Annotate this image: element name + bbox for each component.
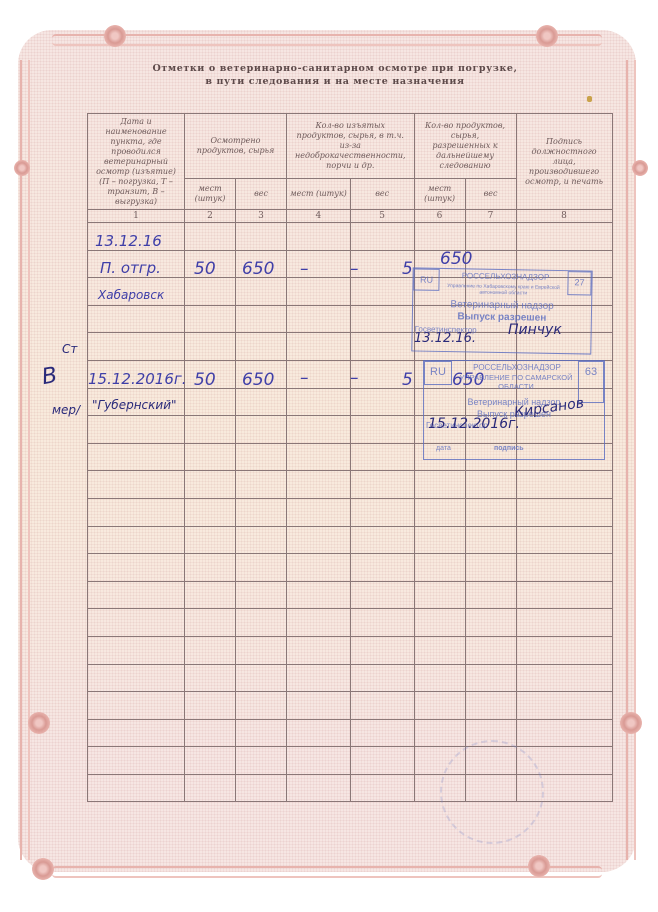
table-row	[88, 664, 613, 692]
entry-2-seized-weight: –	[350, 368, 359, 388]
table-cell	[287, 581, 351, 609]
entry-2-allowed-places: 5	[402, 370, 413, 390]
table-cell	[236, 581, 287, 609]
subheader-weight: вес	[236, 179, 287, 210]
table-cell	[236, 719, 287, 747]
table-cell	[350, 305, 414, 333]
stamp-country-code: RU	[413, 268, 439, 290]
table-cell	[88, 719, 185, 747]
table-cell	[236, 747, 287, 775]
table-cell	[185, 719, 236, 747]
header-allowed: Кол-во продуктов, сырья, разрешенных к д…	[414, 114, 516, 179]
entry-2-point: "Губернский"	[92, 398, 177, 412]
faint-round-stamp	[440, 740, 544, 844]
rosette-icon	[104, 25, 126, 47]
stamp-agency: РОССЕЛЬХОЗНАДЗОР	[454, 363, 580, 372]
table-cell	[516, 498, 612, 526]
column-number: 4	[287, 210, 351, 223]
table-cell	[350, 526, 414, 554]
table-cell	[350, 581, 414, 609]
table-cell	[287, 609, 351, 637]
table-cell	[414, 664, 465, 692]
table-row	[88, 471, 613, 499]
column-number: 8	[516, 210, 612, 223]
table-cell	[287, 416, 351, 444]
column-number: 6	[414, 210, 465, 223]
subheader-places: мест (штук)	[287, 179, 351, 210]
table-cell	[516, 719, 612, 747]
entry-1-allowed-places: 5	[402, 259, 413, 279]
table-row	[88, 581, 613, 609]
table-cell	[287, 498, 351, 526]
column-number: 3	[236, 210, 287, 223]
table-cell	[350, 719, 414, 747]
table-cell	[414, 223, 465, 251]
ornamental-border-top	[52, 34, 602, 46]
table-cell	[350, 664, 414, 692]
table-cell	[465, 223, 516, 251]
table-cell	[516, 636, 612, 664]
entry-1-inspected-places: 50	[194, 259, 216, 279]
stamp-1-date: 13.12.16.	[414, 331, 476, 346]
column-number: 7	[465, 210, 516, 223]
ornamental-border-right	[626, 60, 636, 860]
table-cell	[236, 305, 287, 333]
table-cell	[185, 747, 236, 775]
table-cell	[236, 636, 287, 664]
table-cell	[88, 333, 185, 361]
title-line-1: Отметки о ветеринарно-санитарном осмотре…	[100, 62, 570, 75]
entry-1-point: П. отгр.	[100, 259, 161, 277]
table-cell	[88, 581, 185, 609]
table-cell	[350, 498, 414, 526]
table-cell	[236, 333, 287, 361]
table-row	[88, 719, 613, 747]
table-cell	[287, 250, 351, 278]
table-cell	[516, 223, 612, 251]
rosette-icon	[536, 25, 558, 47]
entry-1-seized-weight: –	[350, 259, 359, 279]
entry-2-inspected-weight: 650	[242, 370, 274, 390]
column-number: 5	[350, 210, 414, 223]
table-cell	[185, 305, 236, 333]
table-cell	[185, 223, 236, 251]
table-cell	[236, 526, 287, 554]
table-cell	[516, 554, 612, 582]
table-cell	[185, 581, 236, 609]
table-cell	[287, 333, 351, 361]
table-cell	[414, 609, 465, 637]
table-cell	[287, 636, 351, 664]
table-cell	[287, 471, 351, 499]
table-cell	[185, 278, 236, 306]
table-row	[88, 636, 613, 664]
table-cell	[236, 223, 287, 251]
table-cell	[465, 636, 516, 664]
table-cell	[185, 526, 236, 554]
subheader-weight: вес	[350, 179, 414, 210]
table-cell	[236, 692, 287, 720]
table-cell	[185, 388, 236, 416]
table-cell	[350, 554, 414, 582]
table-cell	[287, 388, 351, 416]
table-cell	[88, 774, 185, 802]
table-cell	[350, 388, 414, 416]
table-cell	[465, 526, 516, 554]
table-cell	[185, 609, 236, 637]
entry-1-seized-places: –	[300, 259, 309, 279]
table-row	[88, 498, 613, 526]
stamp-country-code: RU	[424, 361, 452, 385]
table-cell	[185, 692, 236, 720]
table-cell	[88, 305, 185, 333]
header-inspected: Осмотрено продуктов, сырья	[185, 114, 287, 179]
table-cell	[287, 664, 351, 692]
rosette-icon	[28, 712, 50, 734]
entry-1-inspected-weight: 650	[242, 259, 274, 279]
table-cell	[465, 498, 516, 526]
rosette-icon	[14, 160, 30, 176]
table-cell	[516, 609, 612, 637]
table-cell	[236, 554, 287, 582]
table-cell	[350, 333, 414, 361]
rosette-icon	[620, 712, 642, 734]
table-cell	[287, 305, 351, 333]
table-cell	[414, 581, 465, 609]
table-cell	[414, 471, 465, 499]
stamp-2-date: 15.12.2016г.	[428, 416, 520, 432]
table-cell	[88, 554, 185, 582]
table-row	[88, 223, 613, 251]
table-cell	[185, 554, 236, 582]
header-signature: Подпись должностного лица, производившег…	[516, 114, 612, 210]
table-row	[88, 692, 613, 720]
table-cell	[88, 498, 185, 526]
table-cell	[236, 609, 287, 637]
entry-2-seized-places: –	[300, 368, 309, 388]
table-cell	[350, 774, 414, 802]
table-cell	[88, 636, 185, 664]
table-cell	[88, 609, 185, 637]
table-cell	[185, 774, 236, 802]
stamp-department: УПРАВЛЕНИЕ ПО САМАРСКОЙ ОБЛАСТИ	[454, 373, 578, 391]
table-cell	[516, 692, 612, 720]
table-cell	[465, 609, 516, 637]
table-cell	[287, 692, 351, 720]
rosette-icon	[528, 855, 550, 877]
table-cell	[414, 526, 465, 554]
subheader-weight: вес	[465, 179, 516, 210]
title-line-2: в пути следования и на месте назначения	[100, 75, 570, 88]
stamp-number: 27	[567, 271, 591, 295]
table-cell	[414, 636, 465, 664]
table-cell	[414, 692, 465, 720]
stamp-agency: РОССЕЛЬХОЗНАДЗОР	[444, 271, 568, 282]
table-cell	[185, 333, 236, 361]
subheader-places: мест (штук)	[414, 179, 465, 210]
rosette-icon	[632, 160, 648, 176]
table-cell	[185, 636, 236, 664]
table-cell	[185, 416, 236, 444]
table-cell	[88, 416, 185, 444]
table-cell	[287, 360, 351, 388]
table-cell	[287, 526, 351, 554]
table-cell	[465, 581, 516, 609]
table-row	[88, 526, 613, 554]
table-cell	[287, 719, 351, 747]
table-cell	[287, 747, 351, 775]
table-cell	[236, 443, 287, 471]
table-cell	[88, 526, 185, 554]
entry-1-city: Хабаровск	[98, 288, 164, 302]
table-cell	[350, 692, 414, 720]
table-cell	[350, 416, 414, 444]
margin-note: мер/	[52, 403, 80, 417]
table-cell	[236, 388, 287, 416]
table-cell	[516, 664, 612, 692]
entry-1-allowed-weight: 650	[440, 249, 472, 269]
entry-1-date: 13.12.16	[95, 232, 162, 250]
table-cell	[350, 223, 414, 251]
header-date-point: Дата и наименование пункта, где проводил…	[88, 114, 185, 210]
entry-2-inspected-places: 50	[194, 370, 216, 390]
table-cell	[236, 664, 287, 692]
subheader-places: мест (штук)	[185, 179, 236, 210]
table-cell	[88, 747, 185, 775]
stain-mark	[587, 96, 592, 102]
table-cell	[465, 664, 516, 692]
table-cell	[350, 278, 414, 306]
stamp-1-signature: Пинчук	[508, 322, 562, 338]
column-number: 1	[88, 210, 185, 223]
header-seized: Кол-во изъятых продуктов, сырья, в т.ч. …	[287, 114, 415, 179]
ornamental-border-left	[20, 60, 30, 860]
stamp-department: Управление по Хабаровскому краю и Еврейс…	[439, 283, 567, 297]
rosette-icon	[32, 858, 54, 880]
table-cell	[88, 443, 185, 471]
table-cell	[236, 498, 287, 526]
entry-2-date: 15.12.2016г.	[88, 370, 187, 388]
table-row	[88, 609, 613, 637]
table-cell	[287, 554, 351, 582]
table-cell	[414, 498, 465, 526]
table-cell	[185, 471, 236, 499]
table-cell	[185, 443, 236, 471]
table-cell	[516, 581, 612, 609]
table-cell	[236, 278, 287, 306]
table-cell	[350, 443, 414, 471]
table-cell	[185, 664, 236, 692]
table-cell	[88, 692, 185, 720]
table-cell	[465, 692, 516, 720]
table-cell	[287, 443, 351, 471]
table-cell	[465, 554, 516, 582]
table-cell	[350, 636, 414, 664]
table-cell	[414, 719, 465, 747]
stamp-signature-label: подпись	[494, 445, 604, 452]
table-cell	[516, 526, 612, 554]
table-cell	[88, 664, 185, 692]
table-cell	[236, 471, 287, 499]
table-cell	[287, 223, 351, 251]
table-cell	[236, 774, 287, 802]
table-cell	[350, 747, 414, 775]
table-cell	[516, 471, 612, 499]
column-number: 2	[185, 210, 236, 223]
table-cell	[236, 416, 287, 444]
document-title: Отметки о ветеринарно-санитарном осмотре…	[100, 62, 570, 88]
table-cell	[350, 609, 414, 637]
stamp-status: Выпуск разрешен	[413, 310, 591, 324]
table-cell	[88, 471, 185, 499]
table-cell	[350, 471, 414, 499]
table-cell	[185, 498, 236, 526]
table-cell	[465, 471, 516, 499]
table-cell	[287, 278, 351, 306]
table-cell	[414, 554, 465, 582]
table-cell	[287, 774, 351, 802]
ornamental-border-bottom	[52, 866, 602, 878]
table-row	[88, 554, 613, 582]
margin-note: Ст	[62, 342, 77, 356]
